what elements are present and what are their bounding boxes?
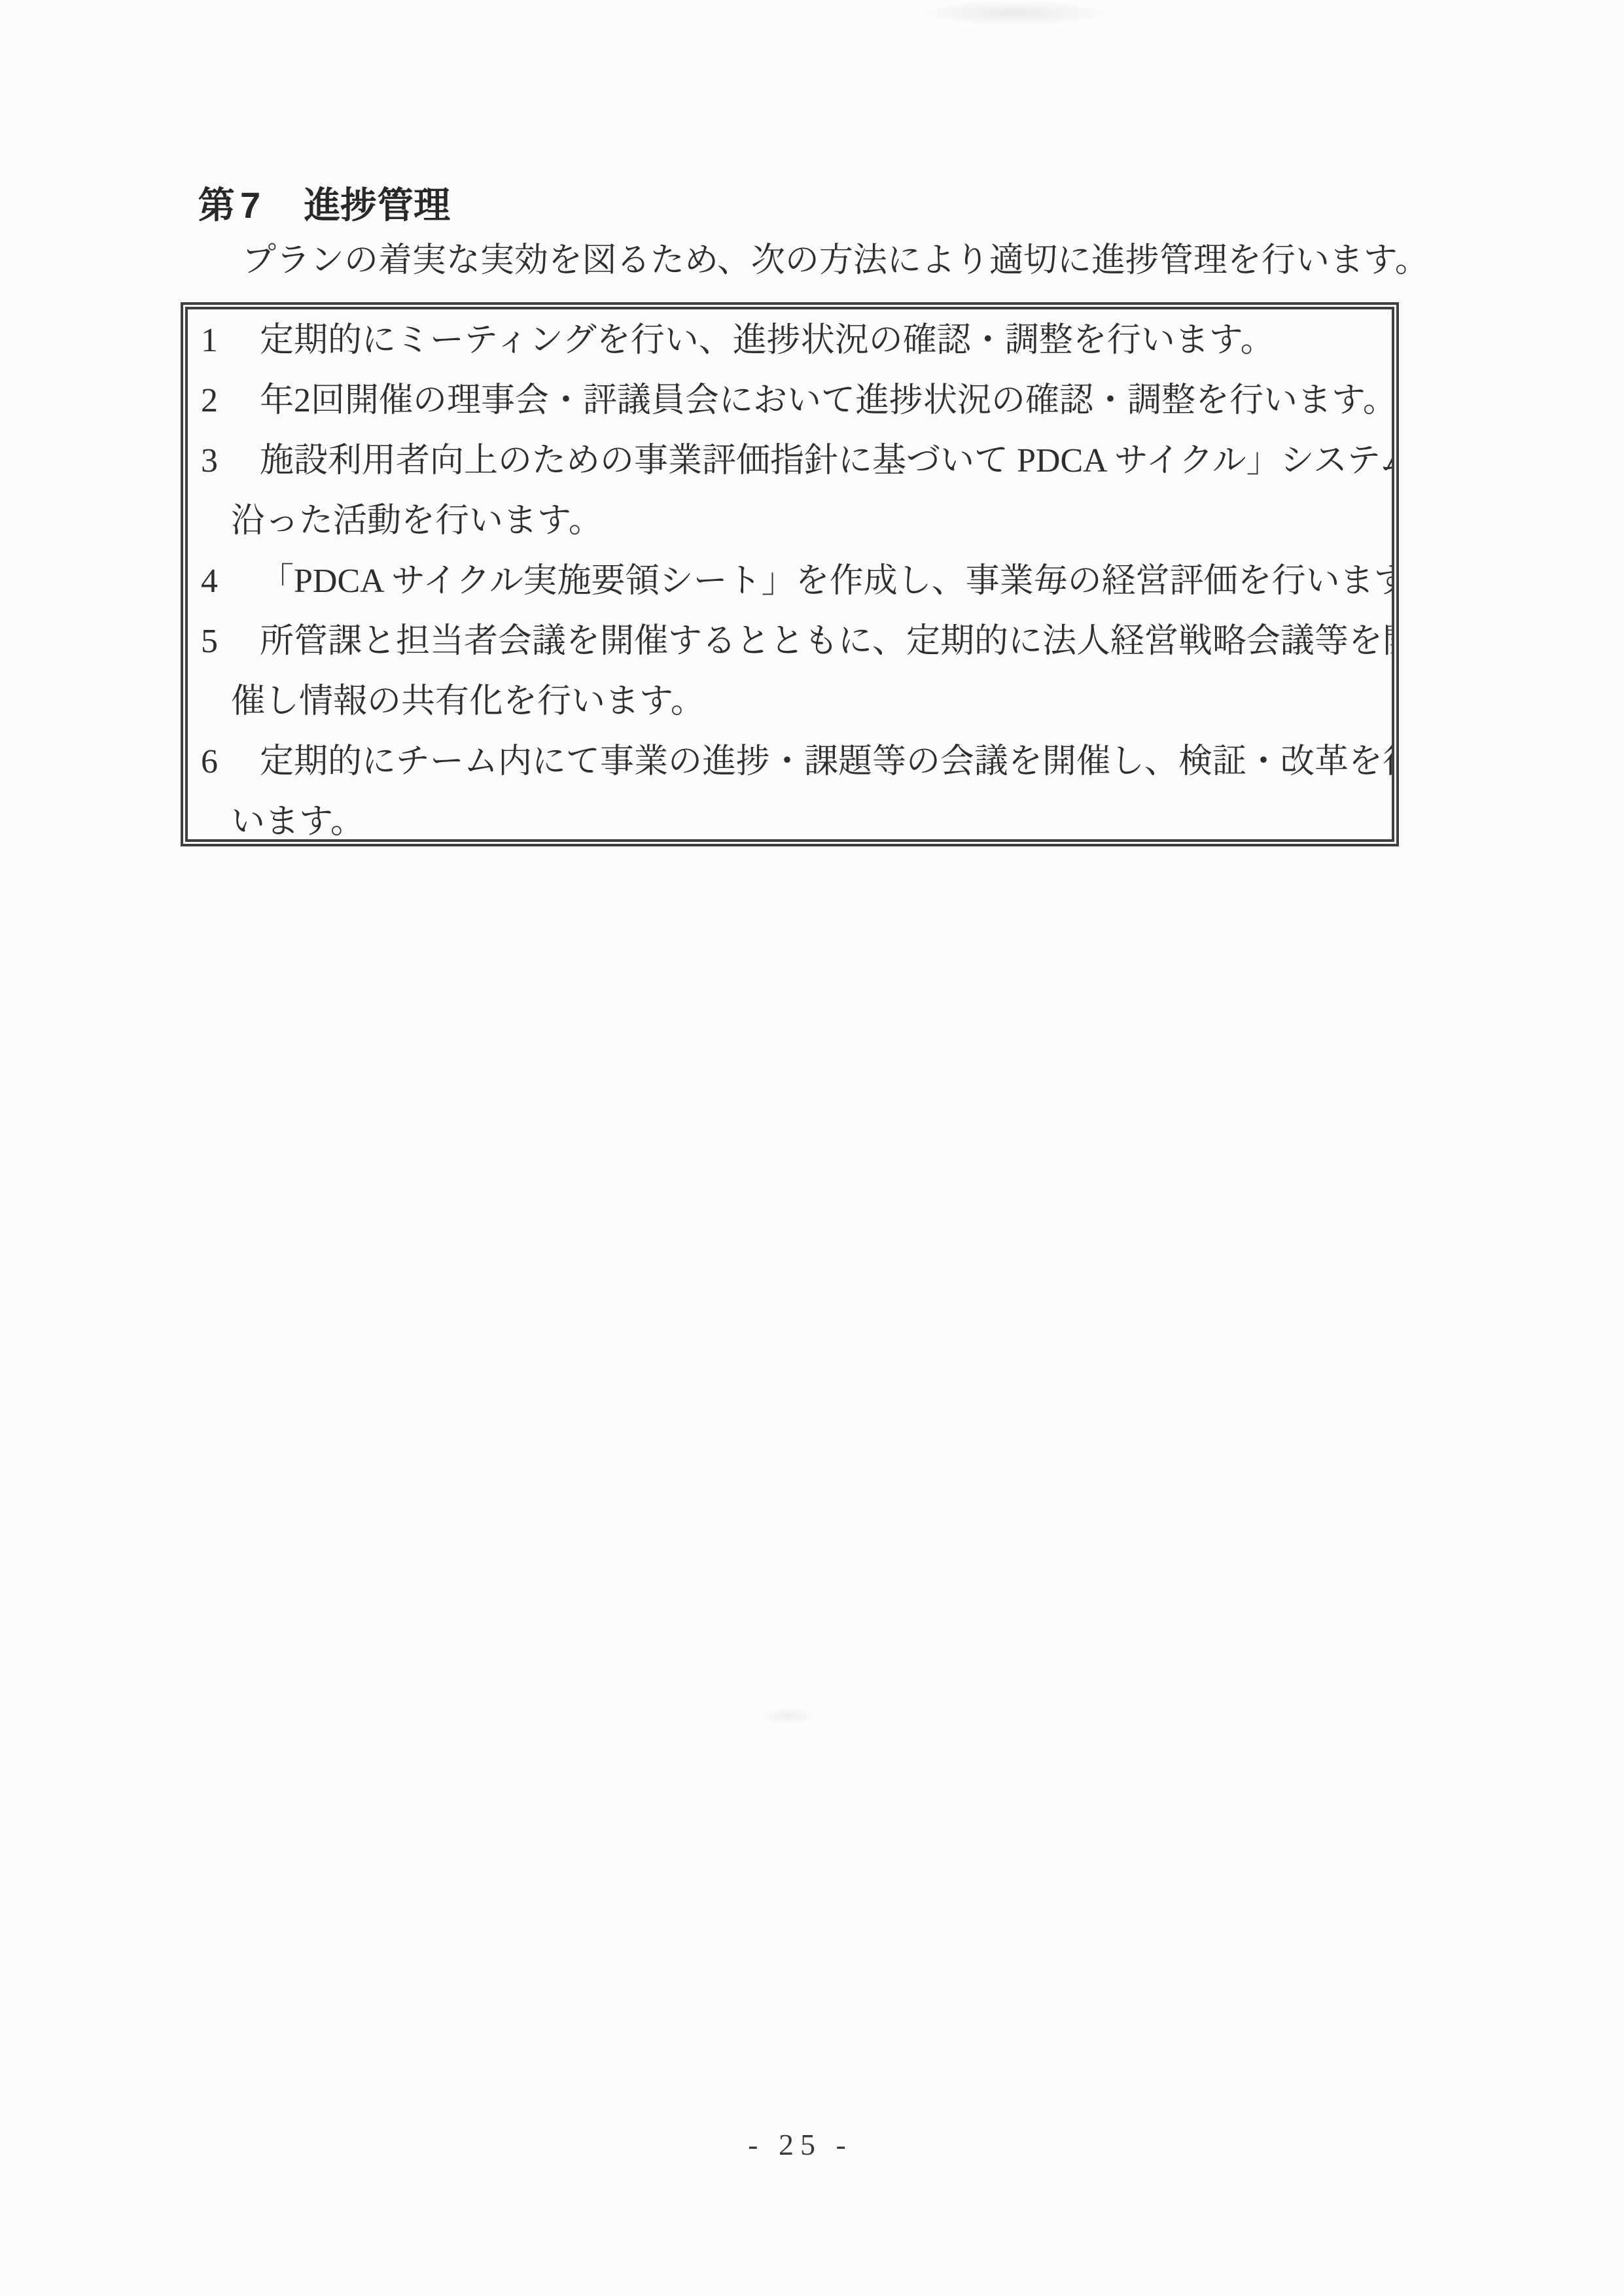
box-item-5-continuation: 催し情報の共有化を行います。 bbox=[188, 672, 1392, 732]
section-title: 進捗管理 bbox=[304, 184, 450, 226]
box-item-6: 6定期的にチーム内にて事業の進捗・課題等の会議を開催し、検証・改革を行 bbox=[188, 732, 1392, 792]
item-text: 定期的にチーム内にて事業の進捗・課題等の会議を開催し、検証・改革を行 bbox=[260, 743, 1399, 780]
item-number: 4 bbox=[188, 551, 260, 612]
item-number: 5 bbox=[188, 612, 260, 672]
box-item-1: 1定期的にミーティングを行い、進捗状況の確認・調整を行います。 bbox=[188, 311, 1392, 371]
box-item-3-continuation: 沿った活動を行います。 bbox=[188, 491, 1392, 551]
item-number: 2 bbox=[188, 371, 260, 431]
progress-management-box: 1定期的にミーティングを行い、進捗状況の確認・調整を行います。 2年2回開催の理… bbox=[181, 302, 1399, 846]
box-item-6-continuation: います。 bbox=[188, 792, 1392, 846]
item-text: 沿った活動を行います。 bbox=[231, 502, 603, 540]
item-number: 1 bbox=[188, 311, 260, 371]
item-text: います。 bbox=[231, 803, 364, 841]
page-number: - 25 - bbox=[0, 2127, 1600, 2162]
box-item-5: 5所管課と担当者会議を開催するとともに、定期的に法人経営戦略会議等を開 bbox=[188, 612, 1392, 672]
item-text: 「PDCA サイクル実施要領シート」を作成し、事業毎の経営評価を行います。 bbox=[260, 563, 1399, 600]
item-text: 年2回開催の理事会・評議員会において進捗状況の確認・調整を行います。 bbox=[260, 382, 1397, 419]
section-heading: 第7進捗管理 bbox=[198, 181, 450, 230]
item-number: 3 bbox=[188, 431, 260, 491]
box-item-4: 4「PDCA サイクル実施要領シート」を作成し、事業毎の経営評価を行います。 bbox=[188, 551, 1392, 612]
box-item-2: 2年2回開催の理事会・評議員会において進捗状況の確認・調整を行います。 bbox=[188, 371, 1392, 431]
item-text: 催し情報の共有化を行います。 bbox=[231, 683, 705, 720]
scan-artifact bbox=[916, 0, 1112, 26]
item-text: 定期的にミーティングを行い、進捗状況の確認・調整を行います。 bbox=[260, 322, 1275, 359]
item-number: 6 bbox=[188, 732, 260, 792]
item-text: 施設利用者向上のための事業評価指針に基づいて PDCA サイクル」システムに bbox=[260, 442, 1399, 479]
intro-paragraph: プランの着実な実効を図るため、次の方法により適切に進捗管理を行います。 bbox=[242, 241, 1429, 281]
box-item-3: 3施設利用者向上のための事業評価指針に基づいて PDCA サイクル」システムに bbox=[188, 431, 1392, 491]
section-number: 第7 bbox=[198, 184, 266, 226]
item-text: 所管課と担当者会議を開催するとともに、定期的に法人経営戦略会議等を開 bbox=[260, 623, 1399, 660]
scan-artifact bbox=[759, 1707, 818, 1724]
scanned-document-page: 第7進捗管理 プランの着実な実効を図るため、次の方法により適切に進捗管理を行いま… bbox=[0, 0, 1624, 2296]
